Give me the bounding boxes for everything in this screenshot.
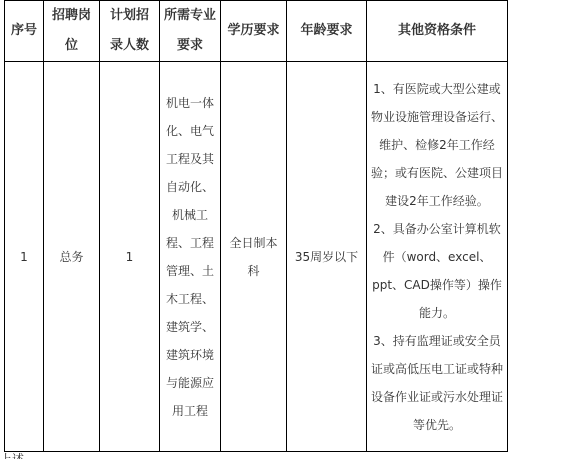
cell-index: 1 [5,62,44,452]
header-index: 序号 [5,1,44,62]
condition-1: 1、有医院或大型公建或物业设施管理设备运行、维护、检修2年工作经验；或有医院、公… [371,75,503,215]
header-row: 序号 招聘岗 位 计划招 录人数 所需专业 要求 学历要求 年龄要求 其他资格条… [5,1,508,62]
cell-education: 全日制本科 [221,62,287,452]
cell-age: 35周岁以下 [287,62,367,452]
footnote-text: 上述 [0,453,24,459]
header-age: 年龄要求 [287,1,367,62]
header-education: 学历要求 [221,1,287,62]
condition-2: 2、具备办公室计算机软件（word、excel、ppt、CAD操作等）操作能力。 [371,215,503,327]
cell-major: 机电一体化、电气工程及其自动化、机械工程、工程管理、土木工程、建筑学、建筑环境与… [160,62,221,452]
header-major-line1: 所需专业 [163,1,217,31]
cell-count: 1 [100,62,160,452]
cell-conditions: 1、有医院或大型公建或物业设施管理设备运行、维护、检修2年工作经验；或有医院、公… [367,62,508,452]
header-position: 招聘岗 位 [44,1,100,62]
condition-3: 3、持有监理证或安全员证或高低压电工证或特种设备作业证或污水处理证等优先。 [371,327,503,439]
header-major-line2: 要求 [163,31,217,61]
table-row: 1 总务 1 机电一体化、电气工程及其自动化、机械工程、工程管理、土木工程、建筑… [5,62,508,452]
header-major: 所需专业 要求 [160,1,221,62]
header-count-line2: 录人数 [103,31,156,61]
header-count: 计划招 录人数 [100,1,160,62]
header-position-line2: 位 [47,31,96,61]
recruitment-table: 序号 招聘岗 位 计划招 录人数 所需专业 要求 学历要求 年龄要求 其他资格条… [4,0,508,452]
cell-position: 总务 [44,62,100,452]
header-conditions: 其他资格条件 [367,1,508,62]
header-count-line1: 计划招 [103,1,156,31]
header-position-line1: 招聘岗 [47,1,96,31]
